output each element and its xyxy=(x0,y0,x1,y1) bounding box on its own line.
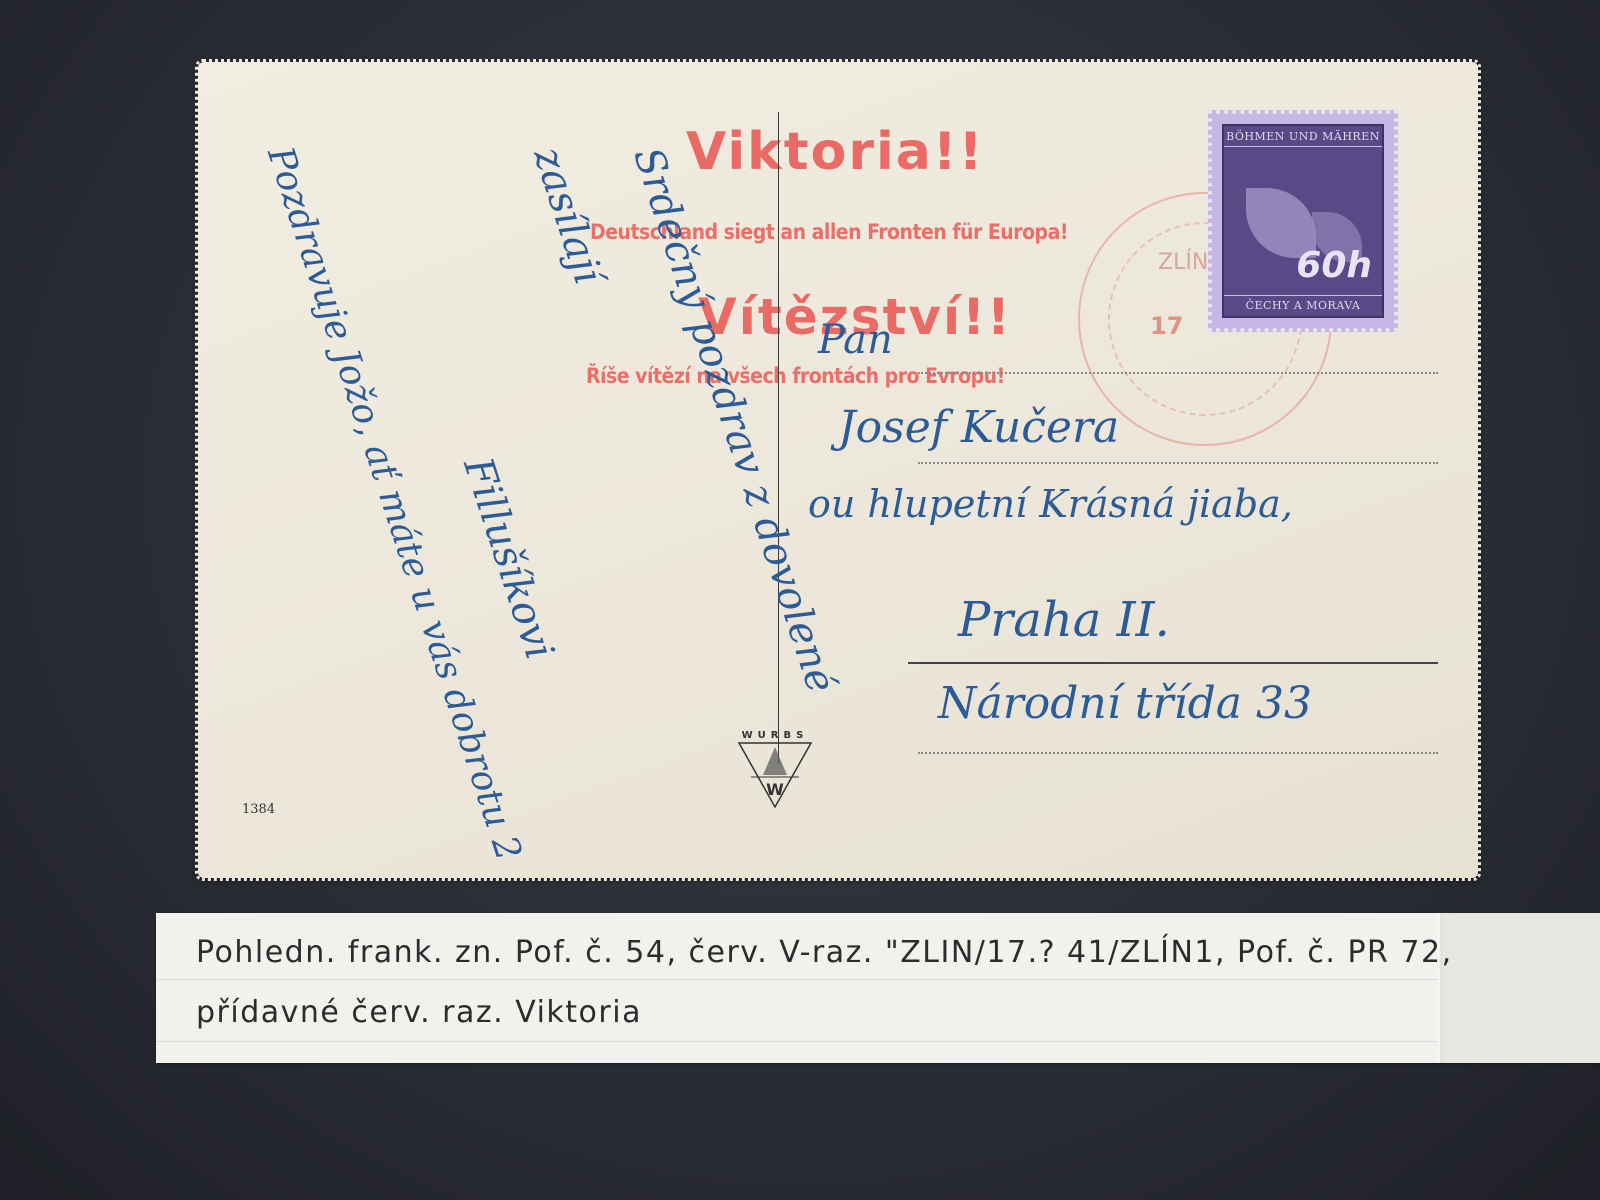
address-rule xyxy=(918,752,1438,754)
label-line-2: přídavné červ. raz. Viktoria xyxy=(196,995,642,1030)
label-rule xyxy=(156,1041,1600,1042)
postmark-day: 17 xyxy=(1150,312,1183,340)
publisher-logo-text: WURBS xyxy=(730,730,820,741)
address-city: Praha II. xyxy=(958,592,1170,648)
triangle-w-logo-icon: W xyxy=(735,741,815,811)
card-number: 1384 xyxy=(242,802,275,817)
description-label: Pohledn. frank. zn. Pof. č. 54, červ. V-… xyxy=(156,913,1600,1063)
label-fold xyxy=(1442,913,1600,1063)
address-street: Národní třída 33 xyxy=(938,678,1312,729)
address-rule xyxy=(908,662,1438,664)
cancel-headline-de-text: Viktoria!! xyxy=(686,122,984,182)
postage-stamp: BÖHMEN UND MÄHREN 60h ČECHY A MORAVA xyxy=(1208,110,1398,332)
card-divider xyxy=(778,112,779,764)
postmark-town: ZLÍN xyxy=(1158,250,1208,275)
publisher-logo: WURBS W xyxy=(730,730,820,815)
cancel-subline-cs: Říše vítězí na všech frontách pro Evropu… xyxy=(586,364,1005,388)
stamp-country-top: BÖHMEN UND MÄHREN xyxy=(1224,130,1382,147)
message-line-2: zasílají xyxy=(524,142,611,289)
address-rule xyxy=(918,462,1438,464)
stamp-country-bottom: ČECHY A MORAVA xyxy=(1224,295,1382,312)
address-salutation: Pan xyxy=(818,317,893,363)
address-line2: ou hlupetní Krásná jiaba, xyxy=(808,482,1293,526)
stamp-face: BÖHMEN UND MÄHREN 60h ČECHY A MORAVA xyxy=(1222,124,1384,318)
svg-text:W: W xyxy=(766,780,784,799)
address-rule xyxy=(918,372,1438,374)
label-line-1: Pohledn. frank. zn. Pof. č. 54, červ. V-… xyxy=(196,935,1453,970)
stamp-value: 60h xyxy=(1296,245,1372,286)
cancel-headline-de: Viktoria!! xyxy=(686,126,984,178)
label-rule xyxy=(156,979,1600,980)
address-name: Josef Kučera xyxy=(838,402,1119,453)
message-signature: Fillušíkovi xyxy=(454,452,562,665)
postcard: Viktoria!! Deutschland siegt an allen Fr… xyxy=(198,62,1478,878)
